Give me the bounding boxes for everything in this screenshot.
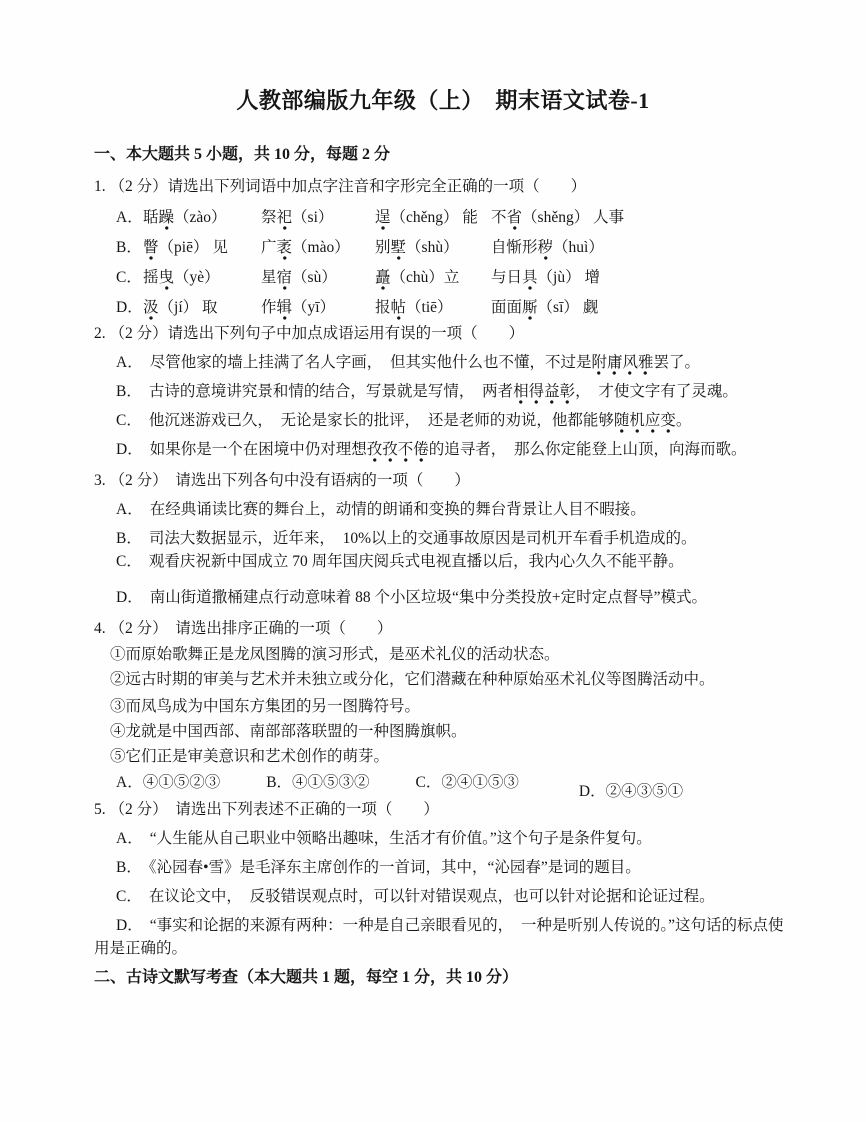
answer-option: D．②④③⑤①	[579, 780, 683, 803]
dotted-char: 躁	[159, 209, 175, 230]
choice-label: B．	[116, 530, 142, 547]
dotted-char: 袤	[277, 239, 293, 260]
choice-label: A．	[116, 830, 143, 847]
choice-label: A．	[116, 354, 143, 371]
choice-option: D．“事实和论据的来源有两种：一种是自己亲眼看见的， 一种是听别人传说的。”这句…	[94, 914, 792, 960]
choice-label: B．	[116, 859, 142, 876]
text-segment: 摇	[143, 269, 159, 286]
choice-option: B．《沁园春•雪》是毛泽东主席创作的一首词，其中，“沁园春”是词的题目。	[94, 856, 792, 879]
choice-label: D．	[116, 441, 143, 458]
text-segment: （tiē）	[406, 299, 453, 316]
dotted-char: 墅	[391, 239, 407, 260]
choice-option: A．尽管他家的墙上挂满了名人字画， 但其实他什么也不懂，不过是附庸风雅罢了。	[94, 351, 792, 374]
choice-label: B．	[116, 237, 143, 258]
text-segment: 与日	[491, 269, 522, 286]
text-segment: （piē） 见	[159, 239, 228, 256]
dotted-idiom: 随机应变	[614, 412, 676, 433]
text-segment: （jù） 增	[538, 269, 600, 286]
word-cell: 摇曳（yè）	[143, 267, 261, 288]
text-segment: 《沁园春•雪》是毛泽东主席创作的一首词，其中，“沁园春”是词的题目。	[149, 859, 641, 876]
word-cell: 面面厮（sī） 觑	[491, 297, 792, 318]
dotted-char: 帖	[391, 299, 407, 320]
question-stem: 5. （2 分） 请选出下列表述不正确的一项（ ）	[94, 798, 792, 821]
word-cell: 汲（jí） 取	[143, 297, 261, 318]
text-segment: “人生能从自己职业中领略出趣味，生活才有价值。”这个句子是条件复句。	[150, 830, 652, 847]
word-cell: 别墅（shù）	[375, 237, 491, 258]
text-segment: （shù）	[406, 239, 459, 256]
question-stem: 3. （2 分） 请选出下列各句中没有语病的一项（ ）	[94, 469, 792, 492]
choice-option: D．如果你是一个在困境中仍对理想孜孜不倦的追寻者， 那么你定能登上山顶，向海而歌…	[94, 438, 792, 461]
choice-label: B．	[116, 383, 142, 400]
text-segment: 观看庆祝新中国成立 70 周年国庆阅兵式电视直播以后，我内心久久不能平静。	[149, 553, 684, 570]
word-cell: 矗（chù）立	[375, 267, 491, 288]
text-segment: （sī） 觑	[538, 299, 599, 316]
dotted-char: 曳	[159, 269, 175, 290]
dotted-char: 逞	[375, 209, 391, 230]
text-segment: 在议论文中， 反驳错误观点时，可以针对错误观点，也可以针对论据和论证过程。	[149, 888, 715, 905]
choice-option: A．在经典诵读比赛的舞台上，动情的朗诵和变换的舞台背景让人目不暇接。	[94, 498, 792, 521]
text-segment: 聒	[143, 209, 159, 226]
text-segment: （yī）	[292, 299, 335, 316]
sentence-item: ①而原始歌舞正是龙凤图腾的演习形式，是巫术礼仪的活动状态。	[94, 644, 792, 665]
section-heading: 一、本大题共 5 小题，共 10 分，每题 2 分	[94, 143, 792, 166]
word-cell: 星宿（sù）	[261, 267, 375, 288]
choice-option: C．观看庆祝新中国成立 70 周年国庆阅兵式电视直播以后，我内心久久不能平静。	[94, 550, 792, 573]
text-segment: 不	[491, 209, 507, 226]
word-cell: 报帖（tiē）	[375, 297, 491, 318]
dotted-char: 瞥	[143, 239, 159, 260]
text-segment: 别	[375, 239, 391, 256]
text-segment: 的追寻者， 那么你定能登上山顶，向海而歌。	[429, 441, 747, 458]
word-cell: 广袤（mào）	[261, 237, 375, 258]
choice-option: C．他沉迷游戏已久， 无论是家长的批评， 还是老师的劝说，他都能够随机应变。	[94, 409, 792, 432]
page-title: 人教部编版九年级（上） 期末语文试卷-1	[94, 86, 792, 116]
text-segment: 尽管他家的墙上挂满了名人字画， 但其实他什么也不懂，不过是	[150, 354, 592, 371]
answer-option: A．④①⑤②③	[116, 771, 220, 794]
text-segment: 罢了。	[653, 354, 700, 371]
dotted-char: 祀	[277, 209, 293, 230]
word-cell: 自惭形秽（huì）	[491, 237, 792, 258]
text-segment: 星	[261, 269, 277, 286]
dotted-char: 宿	[277, 269, 293, 290]
dotted-idiom: 相得益彰	[513, 383, 575, 404]
choice-label: D．	[116, 917, 143, 934]
section-heading: 二、古诗文默写考查（本大题共 1 题，每空 1 分，共 10 分）	[94, 966, 792, 989]
question-stem: 2. （2 分）请选出下列句子中加点成语运用有误的一项（ ）	[94, 322, 792, 345]
exam-content: 人教部编版九年级（上） 期末语文试卷-1一、本大题共 5 小题，共 10 分，每…	[94, 86, 792, 989]
choice-row: A．聒躁（zào）祭祀（si）逞（chěng） 能不省（shěng） 人事	[94, 207, 792, 228]
dotted-char: 省	[507, 209, 523, 230]
dotted-char: 厮	[522, 299, 538, 320]
text-segment: 祭	[261, 209, 277, 226]
text-segment: 作	[261, 299, 277, 316]
question-stem: 4. （2 分） 请选出排序正确的一项（ ）	[94, 617, 792, 640]
sentence-item: ④龙就是中国西部、南部部落联盟的一种图腾旗帜。	[94, 721, 792, 742]
choice-label: C．	[116, 412, 142, 429]
text-segment: （shěng） 人事	[522, 209, 624, 226]
choice-row: D．汲（jí） 取作辑（yī）报帖（tiē）面面厮（sī） 觑	[94, 297, 792, 318]
choice-option: B．古诗的意境讲究景和情的结合，写景就是写情， 两者相得益彰， 才使文字有了灵魂…	[94, 380, 792, 403]
sentence-item: ③而凤鸟成为中国东方集团的另一图腾符号。	[94, 696, 792, 717]
choice-option: C．在议论文中， 反驳错误观点时，可以针对错误观点，也可以针对论据和论证过程。	[94, 885, 792, 908]
text-segment: （zào）	[174, 209, 227, 226]
dotted-char: 汲	[143, 299, 159, 320]
choice-label: D．	[116, 589, 143, 606]
text-segment: 他沉迷游戏已久， 无论是家长的批评， 还是老师的劝说，他都能够	[149, 412, 614, 429]
choice-option: B．司法大数据显示，近年来， 10%以上的交通事故原因是司机开车看手机造成的。	[94, 527, 792, 550]
text-segment: （chěng） 能	[391, 209, 478, 226]
text-segment: （sù）	[292, 269, 337, 286]
choice-row: B．瞥（piē） 见广袤（mào）别墅（shù）自惭形秽（huì）	[94, 237, 792, 258]
sentence-item: ②远古时期的审美与艺术并未独立或分化，它们潜藏在种种原始巫术礼仪等图腾活动中。	[94, 669, 792, 690]
choice-label: C．	[116, 553, 142, 570]
choice-row: C．摇曳（yè）星宿（sù）矗（chù）立与日具（jù） 增	[94, 267, 792, 288]
word-cell: 与日具（jù） 增	[491, 267, 792, 288]
choice-label: A．	[116, 207, 143, 228]
text-segment: ， 才使文字有了灵魂。	[575, 383, 738, 400]
text-segment: 广	[261, 239, 277, 256]
dotted-idiom: 附庸风雅	[591, 354, 653, 375]
answer-option: C．②④①⑤③	[416, 771, 519, 794]
text-segment: （jí） 取	[159, 299, 218, 316]
answer-choices: A．④①⑤②③B．④①⑤③②C．②④①⑤③D．②④③⑤①	[94, 771, 792, 794]
word-cell: 聒躁（zào）	[143, 207, 261, 228]
word-cell: 祭祀（si）	[261, 207, 375, 228]
word-cell: 不省（shěng） 人事	[491, 207, 792, 228]
text-segment: 如果你是一个在困境中仍对理想	[150, 441, 367, 458]
choice-label: C．	[116, 888, 142, 905]
dotted-char: 辑	[277, 299, 293, 320]
choice-option: D．南山街道撒桶建点行动意味着 88 个小区垃圾“集中分类投放+定时定点督导”模…	[94, 586, 792, 609]
text-segment: （si）	[292, 209, 333, 226]
exam-paper-page: 人教部编版九年级（上） 期末语文试卷-1一、本大题共 5 小题，共 10 分，每…	[0, 0, 866, 1122]
text-segment: 南山街道撒桶建点行动意味着 88 个小区垃圾“集中分类投放+定时定点督导”模式。	[150, 589, 707, 606]
dotted-char: 具	[522, 269, 538, 290]
question-stem: 1. （2 分）请选出下列词语中加点字注音和字形完全正确的一项（ ）	[94, 175, 792, 198]
word-cell: 瞥（piē） 见	[143, 237, 261, 258]
text-segment: （mào）	[292, 239, 350, 256]
word-cell: 逞（chěng） 能	[375, 207, 491, 228]
answer-option: B．④①⑤③②	[266, 771, 369, 794]
text-segment: 古诗的意境讲究景和情的结合，写景就是写情， 两者	[149, 383, 513, 400]
dotted-char: 矗	[375, 269, 391, 290]
text-segment: 面面	[491, 299, 522, 316]
text-segment: （yè）	[174, 269, 220, 286]
choice-label: A．	[116, 501, 143, 518]
text-segment: 报	[375, 299, 391, 316]
text-segment: 司法大数据显示，近年来， 10%以上的交通事故原因是司机开车看手机造成的。	[149, 530, 697, 547]
text-segment: （huì）	[553, 239, 604, 256]
text-segment: 自惭形	[491, 239, 538, 256]
dotted-char: 秽	[538, 239, 554, 260]
choice-label: D．	[116, 297, 143, 318]
choice-option: A．“人生能从自己职业中领略出趣味，生活才有价值。”这个句子是条件复句。	[94, 827, 792, 850]
dotted-idiom: 孜孜不倦	[367, 441, 429, 462]
text-segment: “事实和论据的来源有两种：一种是自己亲眼看见的， 一种是听别人传说的。”这句话的…	[94, 917, 783, 957]
sentence-item: ⑤它们正是审美意识和艺术创作的萌芽。	[94, 746, 792, 767]
text-segment: （chù）立	[391, 269, 460, 286]
choice-label: C．	[116, 267, 143, 288]
text-segment: 。	[676, 412, 692, 429]
word-cell: 作辑（yī）	[261, 297, 375, 318]
text-segment: 在经典诵读比赛的舞台上，动情的朗诵和变换的舞台背景让人目不暇接。	[150, 501, 646, 518]
